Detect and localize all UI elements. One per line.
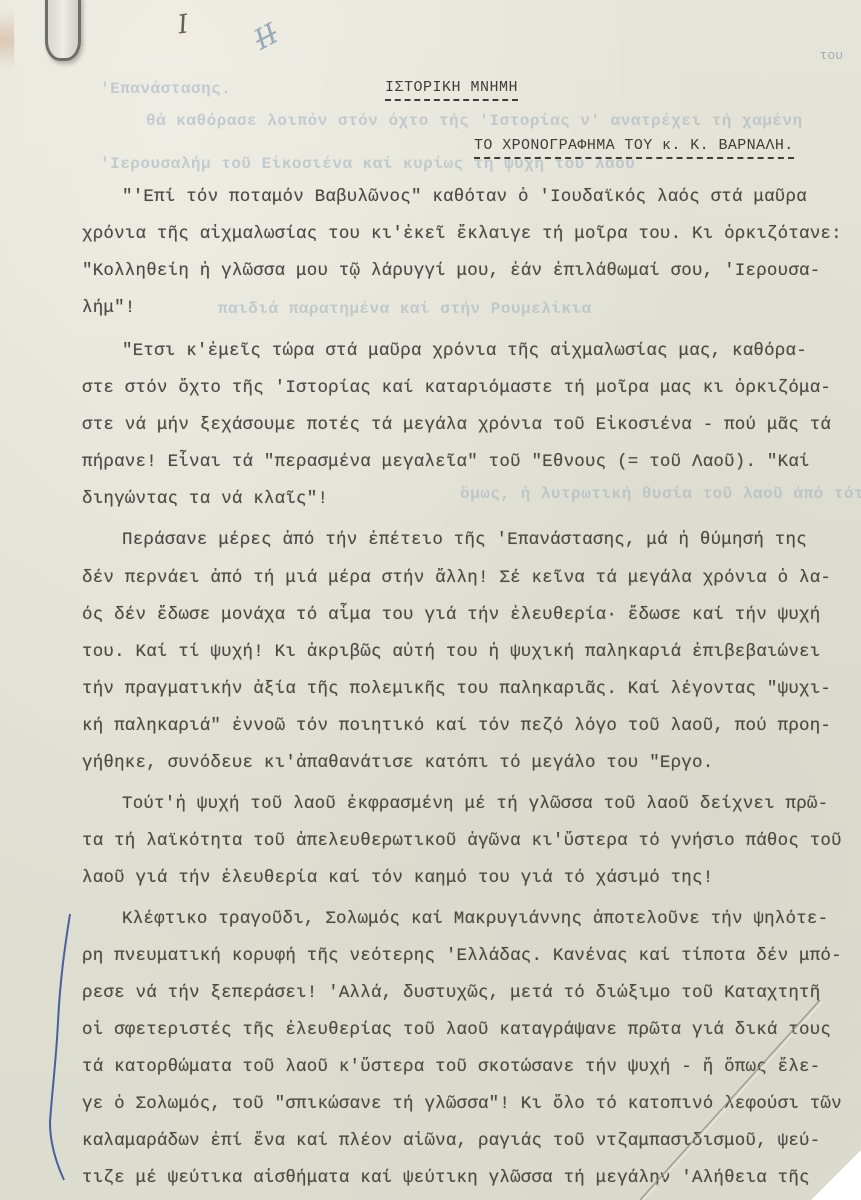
text-line: "Κολληθείη ἡ γλῶσσα μου τῷ λάρυγγί μου, … bbox=[82, 261, 820, 281]
text-line: στε νά μήν ξεχάσουμε ποτές τά μεγάλα χρό… bbox=[82, 415, 831, 435]
text-line: Τούτ'ἡ ψυχή τοῦ λαοῦ ἐκφρασμένη μέ τή γλ… bbox=[122, 794, 828, 814]
text-line: λαοῦ γιά τήν ἐλευθερία καί τόν καημό του… bbox=[82, 868, 713, 888]
text-line: ρη πνευματική κορυφή τῆς νεότερης 'Ελλάδ… bbox=[82, 946, 842, 966]
document-title: ΙΣΤΟΡΙΚΗ ΜΝΗΜΗ bbox=[385, 79, 518, 101]
text-line: ρεσε νά τήν ξεπεράσει! 'Αλλά, δυστυχῶς, … bbox=[82, 983, 820, 1003]
bleed-line: ὅμως, ἡ λυτρωτική θυσία τοῦ λαοῦ ἀπό τότ… bbox=[460, 485, 861, 503]
document-subtitle: ΤΟ ΧΡΟΝΟΓΡΑΦΗΜΑ ΤΟΥ κ. Κ. ΒΑΡΝΑΛΗ. bbox=[474, 137, 794, 159]
torn-corner bbox=[811, 1150, 861, 1200]
text-line: χρόνια τῆς αἰχμαλωσίας του κι'ἐκεῖ ἔκλαι… bbox=[82, 224, 842, 244]
text-line: του. Καί τί ψυχή! Κι ἀκριβῶς αὐτή του ἡ … bbox=[82, 642, 820, 662]
text-line: στε στόν ὄχτο τῆς 'Ιστορίας καί καταριόμ… bbox=[82, 378, 831, 398]
margin-pen-line-icon bbox=[44, 912, 74, 1182]
text-line: ός δέν ἔδωσε μονάχα τό αἷμα του γιά τήν … bbox=[82, 605, 820, 625]
text-line: τήν πραγματικήν ἀξία τῆς πολεμικῆς του π… bbox=[82, 679, 831, 699]
text-line: πήρανε! Εἶναι τά "περασμένα μεγαλεῖα" το… bbox=[82, 452, 810, 472]
text-line: λήμ"! bbox=[82, 298, 136, 318]
bleed-line: θά καθόρασε λοιπόν στόν όχτο τής 'Ιστορί… bbox=[146, 112, 803, 130]
rust-stain bbox=[0, 10, 14, 70]
text-line: καλαμαράδων ἐπί ἕνα καί πλέον αἰῶνα, ραγ… bbox=[82, 1131, 820, 1151]
paper-clip-icon bbox=[45, 0, 81, 61]
text-line: "Ετσι κ'ἐμεῖς τώρα στά μαῦρα χρόνια τῆς … bbox=[122, 341, 807, 361]
bleed-line: παιδιά παρατημένα καί στήν Ρουμελίκια bbox=[218, 300, 592, 318]
text-line: τα τή λαϊκότητα τοῦ ἀπελευθερωτικοῦ ἀγῶν… bbox=[82, 831, 842, 851]
text-line: δέν περνάει ἀπό τή μιά μέρα στήν ἄλλη! Σ… bbox=[82, 568, 831, 588]
bleed-line: 'Επανάστασης. bbox=[100, 80, 231, 98]
text-line: γε ὁ Σολωμός, τοῦ "σπικώσανε τή γλῶσσα"!… bbox=[82, 1094, 842, 1114]
text-line: τά κατορθώματα τοῦ λαοῦ κ'ὕστερα τοῦ σκο… bbox=[82, 1057, 820, 1077]
text-line: Κλέφτικο τραγοῦδι, Σολωμός καί Μακρυγιάν… bbox=[122, 909, 828, 929]
text-line: κή παληκαριά" ἐννοῶ τόν ποιητικό καί τόν… bbox=[82, 716, 831, 736]
text-line: Περάσανε μέρες ἀπό τήν ἐπέτειο τῆς 'Επαν… bbox=[122, 530, 807, 550]
bleed-corner-word: του bbox=[820, 48, 843, 63]
text-line: "'Επί τόν ποταμόν Βαβυλῶνος" καθόταν ὁ '… bbox=[122, 187, 807, 207]
text-line: γήθηκε, συνόδευε κι'ἀπαθανάτισε κατόπι τ… bbox=[82, 753, 713, 773]
text-line: διηγώντας τα νά κλαῖς"! bbox=[82, 489, 328, 509]
text-line: οἱ σφετεριστές τῆς ἐλευθερίας τοῦ λαοῦ κ… bbox=[82, 1020, 831, 1040]
text-line: τιζε μέ ψεύτικα αἰσθήματα καί ψεύτικη γλ… bbox=[82, 1168, 810, 1188]
